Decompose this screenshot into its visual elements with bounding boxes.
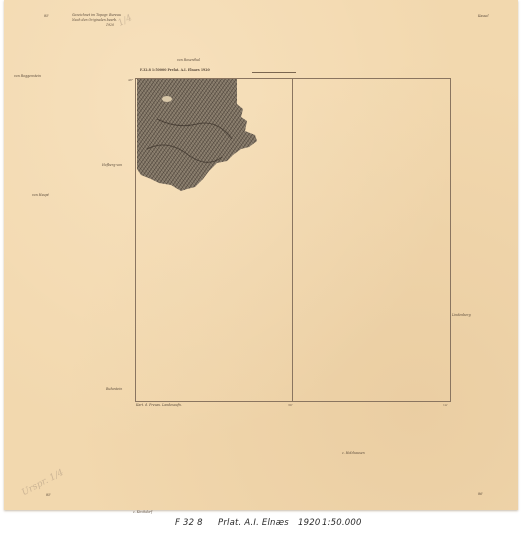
bottom-left-label: z. Kirchdorf	[133, 510, 152, 514]
left-label-2: Hofberg von	[102, 163, 122, 167]
tick-mark-1: 30'	[288, 403, 293, 407]
left-label-4: Ruhestein	[106, 387, 122, 391]
bottom-left-number: 85'	[46, 493, 51, 497]
caption-sheet-code: F 32 8	[175, 518, 203, 528]
tick-mark-2: 14'	[443, 403, 448, 407]
header-note-line2: Nach den Originalen bearb.	[72, 18, 117, 22]
terrain-hachures	[137, 79, 257, 199]
left-label-1: von Roggenstein	[14, 74, 41, 78]
frame-footer-label: Kart. d. Preuss. Landesaufn.	[136, 403, 182, 407]
left-label-3: von Haupt	[32, 193, 49, 197]
caption-scale: 1:50.000	[322, 518, 362, 528]
bottom-label: z. Holzhausen	[342, 451, 365, 455]
frame-divider	[292, 78, 293, 401]
caption-description: Prlat. A.I. Elnæs	[218, 518, 289, 528]
header-note-line1: Gezeichnet im Topogr. Bureau	[72, 13, 121, 17]
header-note-line3: 1920	[106, 23, 114, 27]
caption-year: 1920	[298, 518, 320, 528]
title-underline	[252, 72, 296, 73]
map-title-strip: F.32.8 1:50000 Prelat. A.I. Elnaes 1920	[140, 68, 210, 72]
north-neighbor-label: von Rosenthal	[177, 58, 200, 62]
right-label: Lindenberg	[452, 313, 471, 317]
corner-label-top-left: 85'	[44, 14, 49, 18]
tick-mark-0: 48°	[128, 78, 133, 82]
corner-label-top-right: Kassel	[478, 14, 488, 18]
bottom-right-number: 86'	[478, 492, 483, 496]
